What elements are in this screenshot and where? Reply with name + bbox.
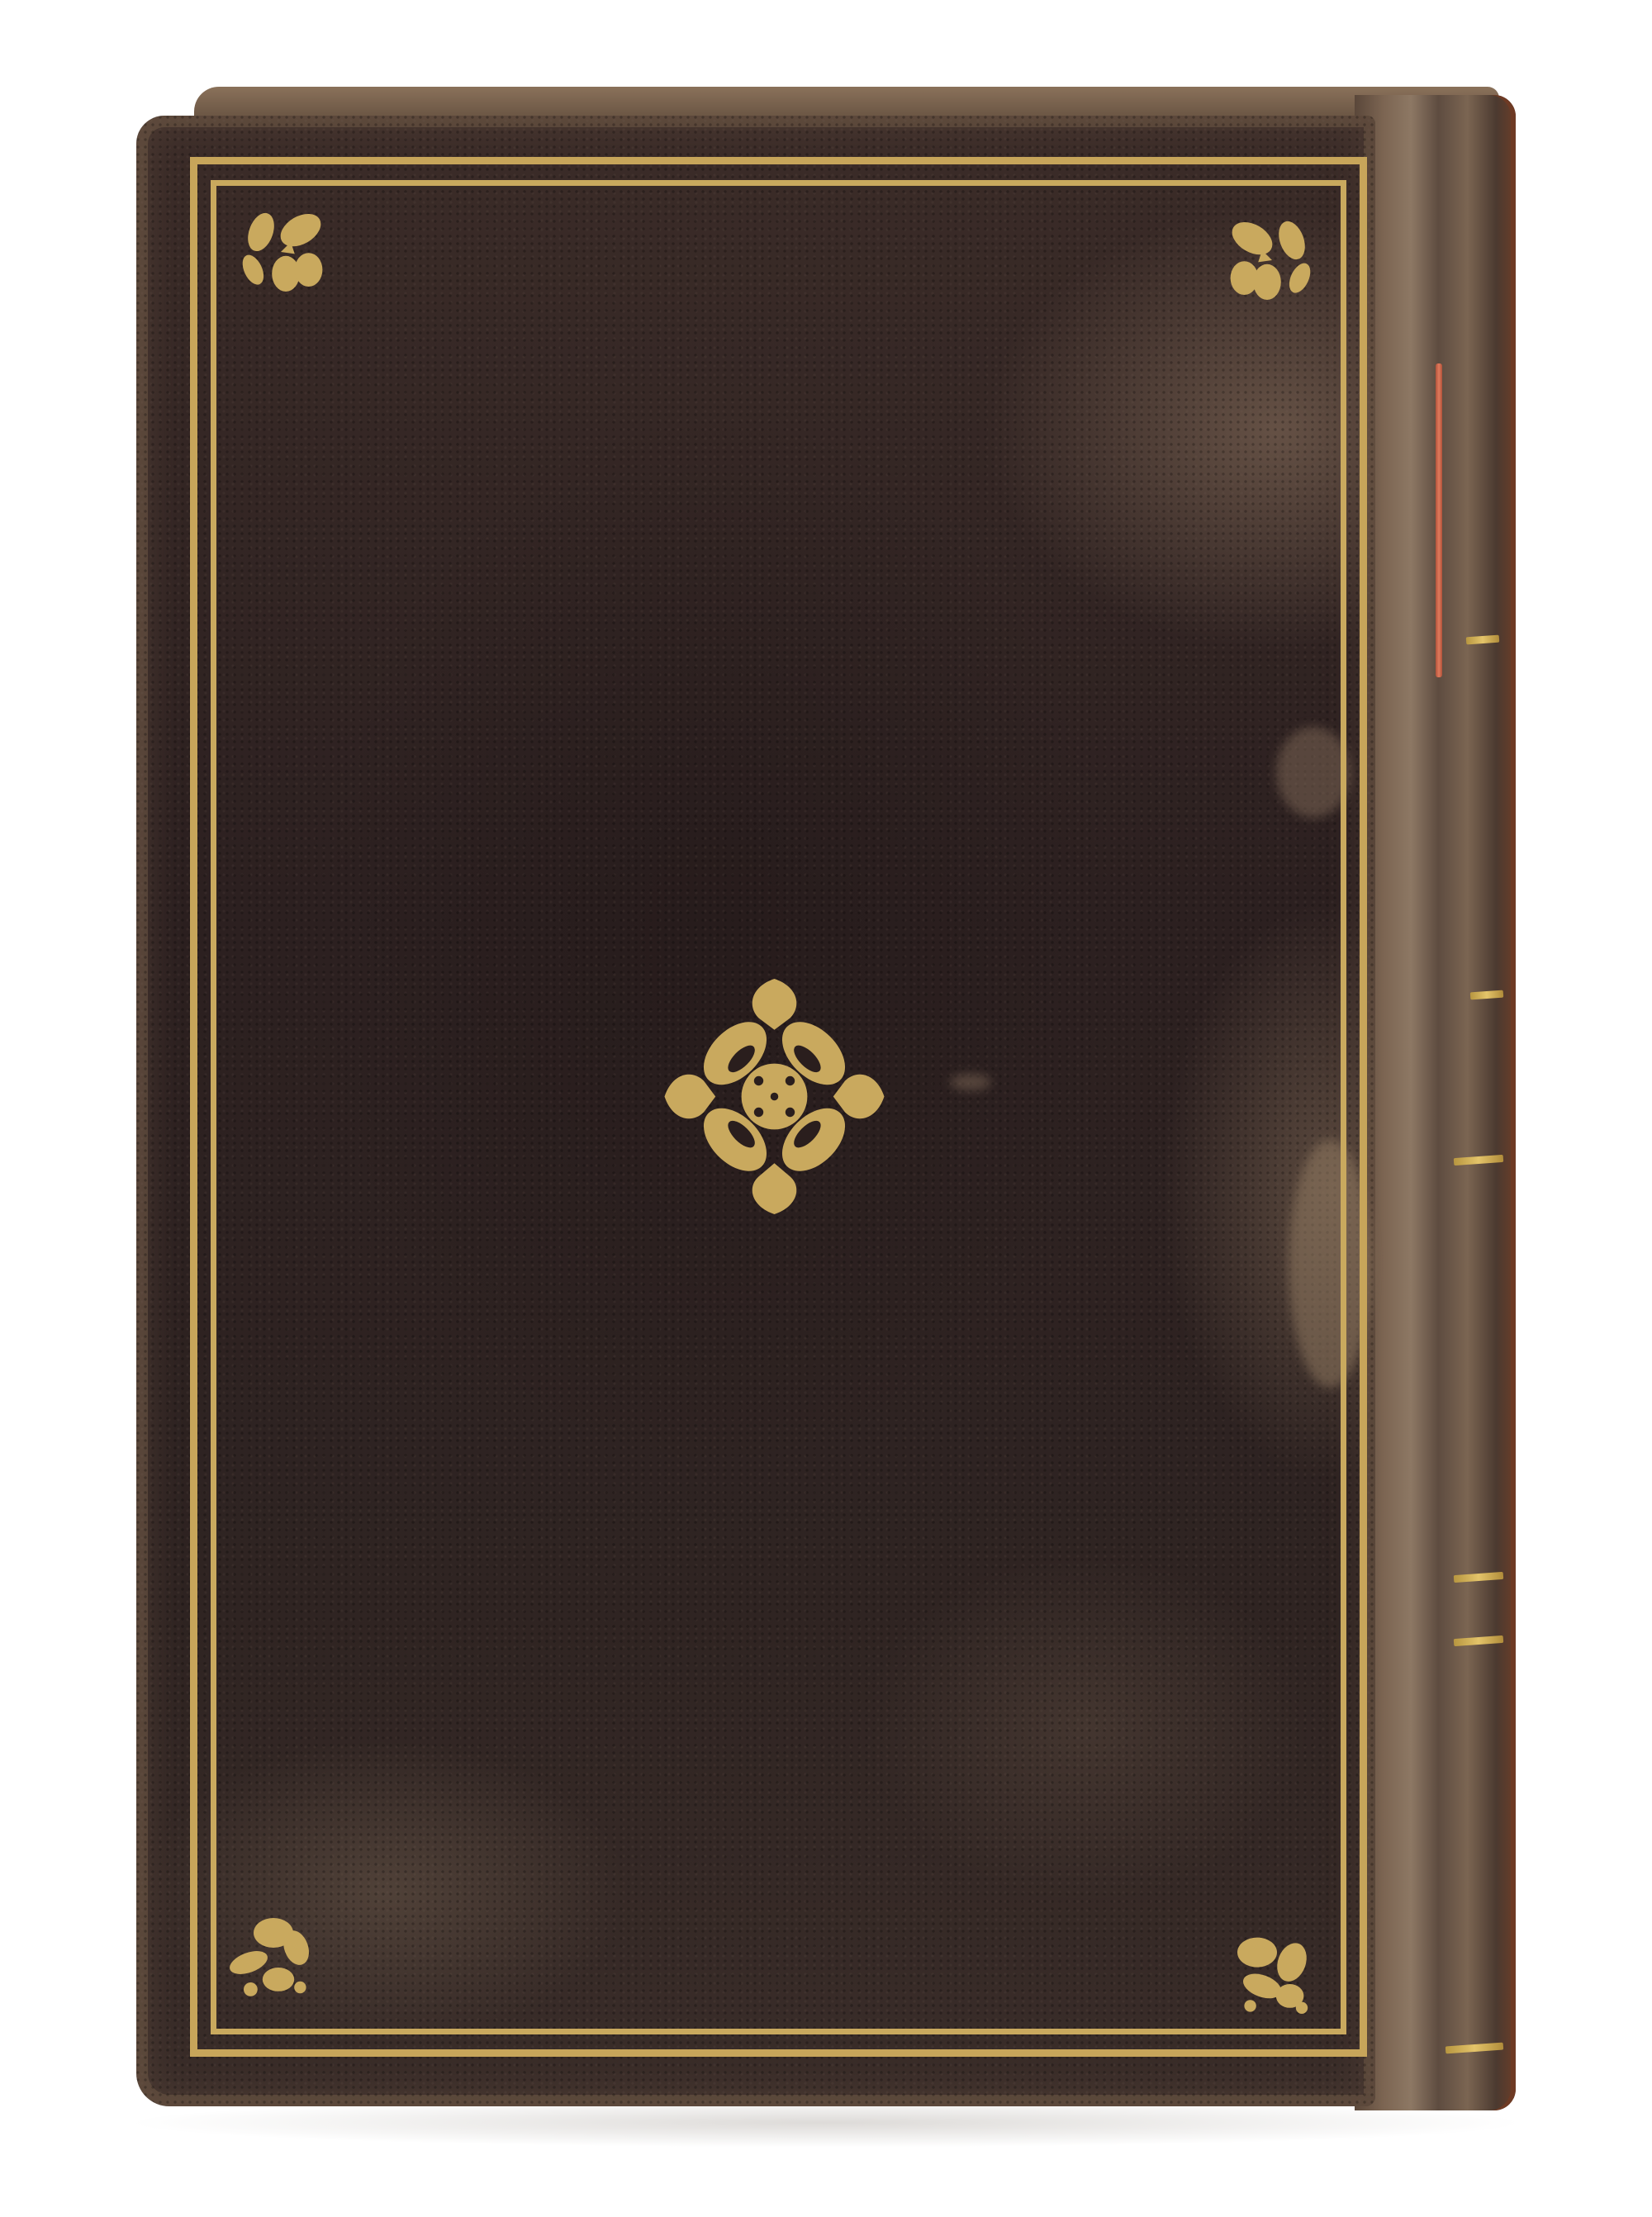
- photo-scene: [0, 0, 1652, 2217]
- corner-fleuron-icon: [1222, 1925, 1322, 2024]
- central-gilt-ornament-icon: [657, 971, 892, 1222]
- corner-fleuron-icon: [1222, 211, 1322, 310]
- corner-fleuron-icon: [219, 1908, 318, 2007]
- corner-fleuron-icon: [231, 202, 330, 301]
- red-page-edge: [1436, 363, 1442, 677]
